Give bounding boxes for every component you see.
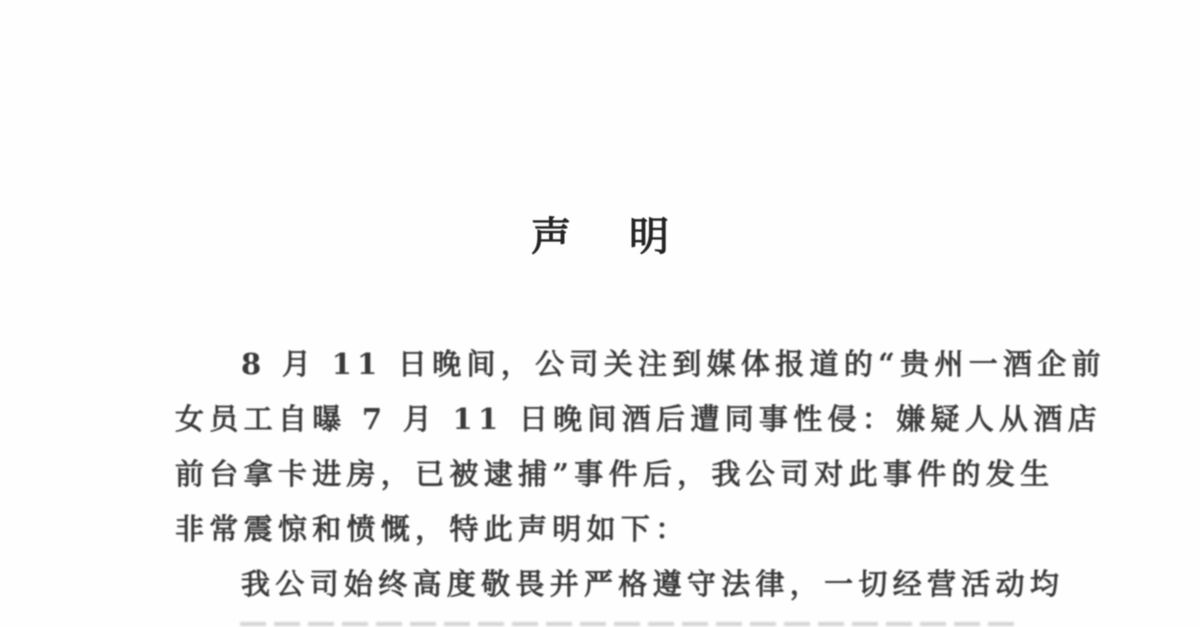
document-body: 8 月 11 日晚间，公司关注到媒体报道的“贵州一酒企前 女员工自曝 7 月 1… [175,337,1035,612]
paragraph-1-line-2: 女员工自曝 7 月 11 日晚间酒后遭同事性侵：嫌疑人从酒店 [175,392,1035,447]
paragraph-1-line-3: 前台拿卡进房，已被逮捕”事件后，我公司对此事件的发生 [175,447,1035,502]
cropped-next-line [240,614,1020,627]
document-page: 声明 8 月 11 日晚间，公司关注到媒体报道的“贵州一酒企前 女员工自曝 7 … [0,0,1200,627]
paragraph-1-line-4: 非常震惊和愤慨，特此声明如下： [175,502,1035,557]
document-title: 声明 [0,207,1200,267]
paragraph-1-line-1: 8 月 11 日晚间，公司关注到媒体报道的“贵州一酒企前 [175,337,1035,392]
paragraph-2-line-1: 我公司始终高度敬畏并严格遵守法律，一切经营活动均 [175,557,1035,612]
